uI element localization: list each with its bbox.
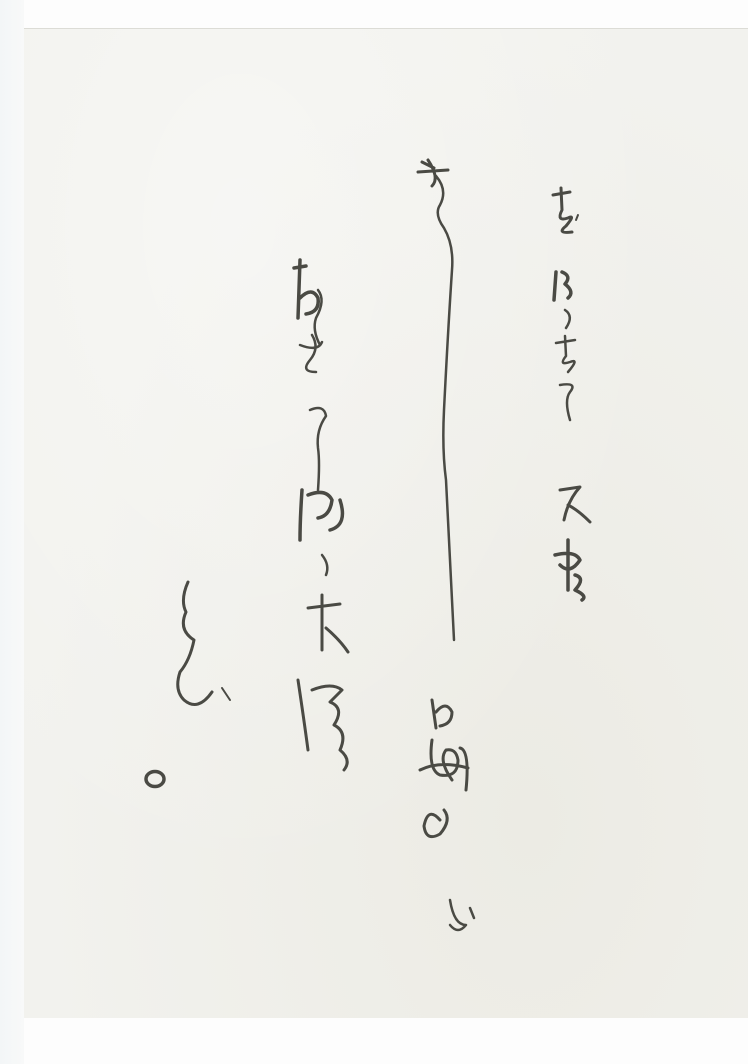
end-mark-circle [146,772,164,787]
calligraphy-ink [0,0,748,1064]
column-center-right [418,160,474,930]
column-right [553,188,590,600]
column-left [178,582,230,705]
column-center [294,260,348,770]
